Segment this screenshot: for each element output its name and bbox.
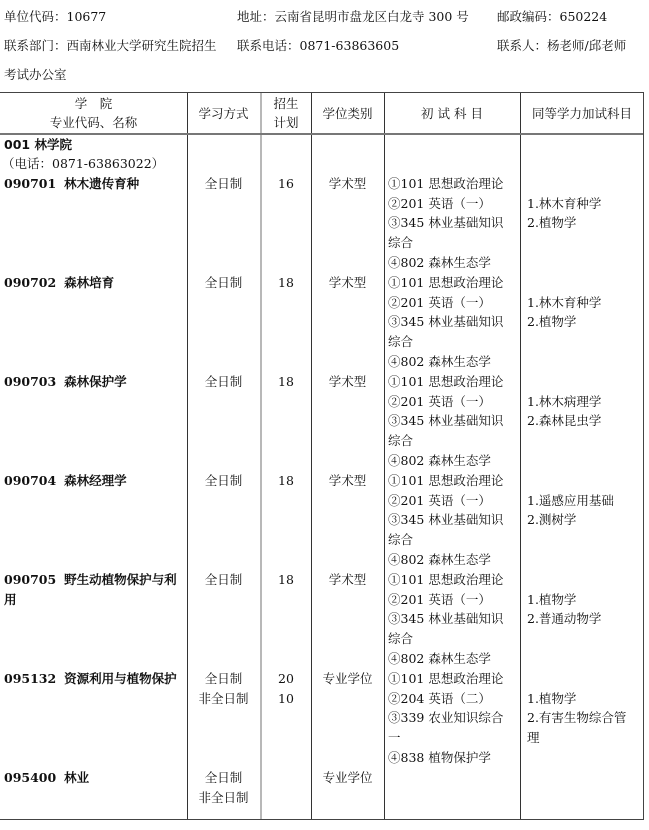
extra-subject: 1.遥感应用基础 xyxy=(527,491,614,511)
col-divider xyxy=(520,93,521,819)
col-header-line: 招生 xyxy=(273,94,298,113)
major-code-name: 090701 林木遗传育种 xyxy=(4,174,139,194)
degree-type: 学术型 xyxy=(311,273,384,293)
contact-phone: 联系电话：0871-63863605 xyxy=(237,38,399,54)
admissions-table: 学 院 专业代码、名称 学习方式 招生 计划 学位类别 初 试 科 目 同等学力… xyxy=(0,92,644,820)
department-phone: （电话：0871-63863022） xyxy=(2,154,164,174)
major-code-name: 090703 森林保护学 xyxy=(4,372,127,392)
unit-code: 单位代码：10677 xyxy=(4,9,106,25)
exam-subject: ④802 森林生态学 xyxy=(388,550,491,570)
extra-subject: 1.植物学 xyxy=(527,689,576,709)
major-code: 095400 xyxy=(4,770,56,785)
major-name: 资源利用与植物保护 xyxy=(64,671,177,686)
exam-subject: ②204 英语（二） xyxy=(388,689,491,709)
exam-subject: ①101 思想政治理论 xyxy=(388,372,503,392)
exam-subject: ②201 英语（一） xyxy=(388,392,491,412)
exam-subject: ①101 思想政治理论 xyxy=(388,174,503,194)
col-divider xyxy=(384,93,385,819)
major-name: 林木遗传育种 xyxy=(64,176,139,191)
exam-subject: ①101 思想政治理论 xyxy=(388,471,503,491)
col-divider xyxy=(311,93,312,819)
major-name: 森林保护学 xyxy=(64,374,127,389)
spacer xyxy=(56,572,64,587)
exam-subject: ③345 林业基础知识 xyxy=(388,312,503,332)
extra-subject: 2.森林昆虫学 xyxy=(527,411,601,431)
spacer xyxy=(56,671,64,686)
extra-subject: 1.林木病理学 xyxy=(527,392,601,412)
study-mode: 非全日制 xyxy=(187,788,260,808)
exam-subject: 综合 xyxy=(388,530,413,550)
exam-subject: 综合 xyxy=(388,332,413,352)
exam-subject: ②201 英语（一） xyxy=(388,194,491,214)
contact-person: 联系人：杨老师/邱老师 xyxy=(497,38,626,54)
address: 地址：云南省昆明市盘龙区白龙寺 300 号 xyxy=(237,9,469,25)
exam-subject: 综合 xyxy=(388,431,413,451)
extra-subject: 2.有害生物综合管 xyxy=(527,708,626,728)
degree-type: 学术型 xyxy=(311,570,384,590)
col-header-degree: 学位类别 xyxy=(311,93,384,133)
major-code: 090705 xyxy=(4,572,56,587)
major-code: 090704 xyxy=(4,473,56,488)
col-header-line: 专业代码、名称 xyxy=(50,113,138,132)
study-mode: 全日制 xyxy=(187,471,260,491)
major-name-continued: 用 xyxy=(4,590,17,610)
department-title: 001 林学院 xyxy=(4,135,72,155)
col-header-extra-subjects: 同等学力加试科目 xyxy=(520,93,644,133)
exam-subject: ①101 思想政治理论 xyxy=(388,273,503,293)
extra-subject: 1.植物学 xyxy=(527,590,576,610)
col-header-line: 计划 xyxy=(273,113,298,132)
exam-subject: 综合 xyxy=(388,629,413,649)
enrollment-plan: 10 xyxy=(261,689,311,709)
study-mode: 非全日制 xyxy=(187,689,260,709)
enrollment-plan: 18 xyxy=(261,273,311,293)
exam-subject: ④802 森林生态学 xyxy=(388,649,491,669)
enrollment-plan: 18 xyxy=(261,570,311,590)
exam-subject: ③345 林业基础知识 xyxy=(388,213,503,233)
major-code-name: 095400 林业 xyxy=(4,768,89,788)
spacer xyxy=(56,176,64,191)
major-name: 森林培育 xyxy=(64,275,114,290)
col-header-line: 同等学力加试科目 xyxy=(532,104,632,123)
col-header-major: 学 院 专业代码、名称 xyxy=(0,93,187,133)
major-name: 森林经理学 xyxy=(64,473,127,488)
col-header-line: 初 试 科 目 xyxy=(421,104,483,123)
enrollment-plan: 18 xyxy=(261,372,311,392)
degree-type: 专业学位 xyxy=(311,768,384,788)
degree-type: 学术型 xyxy=(311,471,384,491)
study-mode: 全日制 xyxy=(187,372,260,392)
enrollment-plan: 16 xyxy=(261,174,311,194)
exam-subject: 综合 xyxy=(388,233,413,253)
major-name: 野生动植物保护与利 xyxy=(64,572,177,587)
exam-subject: ④802 森林生态学 xyxy=(388,451,491,471)
exam-subject: 一 xyxy=(388,728,401,748)
contact-department-cont: 考试办公室 xyxy=(4,67,67,83)
extra-subject: 2.普通动物学 xyxy=(527,609,601,629)
exam-subject: ④802 森林生态学 xyxy=(388,253,491,273)
col-divider xyxy=(187,93,188,819)
major-code: 090702 xyxy=(4,275,56,290)
col-header-line: 学 院 xyxy=(75,94,113,113)
col-header-study-mode: 学习方式 xyxy=(187,93,260,133)
exam-subject: ③345 林业基础知识 xyxy=(388,411,503,431)
degree-type: 专业学位 xyxy=(311,669,384,689)
col-header-line: 学习方式 xyxy=(198,104,248,123)
contact-department: 联系部门：西南林业大学研究生院招生 xyxy=(4,38,217,54)
exam-subject: ④802 森林生态学 xyxy=(388,352,491,372)
major-code-name: 090704 森林经理学 xyxy=(4,471,127,491)
study-mode: 全日制 xyxy=(187,570,260,590)
extra-subject: 2.植物学 xyxy=(527,312,576,332)
spacer xyxy=(56,770,64,785)
major-code-name: 090705 野生动植物保护与利 xyxy=(4,570,177,590)
major-code: 090703 xyxy=(4,374,56,389)
major-code: 090701 xyxy=(4,176,56,191)
enrollment-plan: 20 xyxy=(261,669,311,689)
postal-code: 邮政编码：650224 xyxy=(497,9,607,25)
extra-subject: 2.植物学 xyxy=(527,213,576,233)
spacer xyxy=(56,473,64,488)
study-mode: 全日制 xyxy=(187,768,260,788)
col-header-plan: 招生 计划 xyxy=(261,93,311,133)
study-mode: 全日制 xyxy=(187,174,260,194)
major-code: 095132 xyxy=(4,671,56,686)
exam-subject: ③345 林业基础知识 xyxy=(388,510,503,530)
degree-type: 学术型 xyxy=(311,372,384,392)
study-mode: 全日制 xyxy=(187,669,260,689)
col-divider xyxy=(260,93,262,819)
major-code-name: 090702 森林培育 xyxy=(4,273,114,293)
major-name: 林业 xyxy=(64,770,89,785)
extra-subject: 2.测树学 xyxy=(527,510,576,530)
spacer xyxy=(56,275,64,290)
extra-subject: 1.林木育种学 xyxy=(527,293,601,313)
exam-subject: ①101 思想政治理论 xyxy=(388,669,503,689)
enrollment-plan: 18 xyxy=(261,471,311,491)
major-code-name: 095132 资源利用与植物保护 xyxy=(4,669,177,689)
extra-subject: 1.林木育种学 xyxy=(527,194,601,214)
spacer xyxy=(56,374,64,389)
col-header-exam-subjects: 初 试 科 目 xyxy=(384,93,520,133)
exam-subject: ④838 植物保护学 xyxy=(388,748,491,768)
col-header-line: 学位类别 xyxy=(322,104,372,123)
exam-subject: ③345 林业基础知识 xyxy=(388,609,503,629)
exam-subject: ①101 思想政治理论 xyxy=(388,570,503,590)
degree-type: 学术型 xyxy=(311,174,384,194)
exam-subject: ②201 英语（一） xyxy=(388,491,491,511)
extra-subject: 理 xyxy=(527,728,540,748)
exam-subject: ②201 英语（一） xyxy=(388,590,491,610)
exam-subject: ②201 英语（一） xyxy=(388,293,491,313)
header-divider xyxy=(0,133,643,135)
study-mode: 全日制 xyxy=(187,273,260,293)
exam-subject: ③339 农业知识综合 xyxy=(388,708,503,728)
